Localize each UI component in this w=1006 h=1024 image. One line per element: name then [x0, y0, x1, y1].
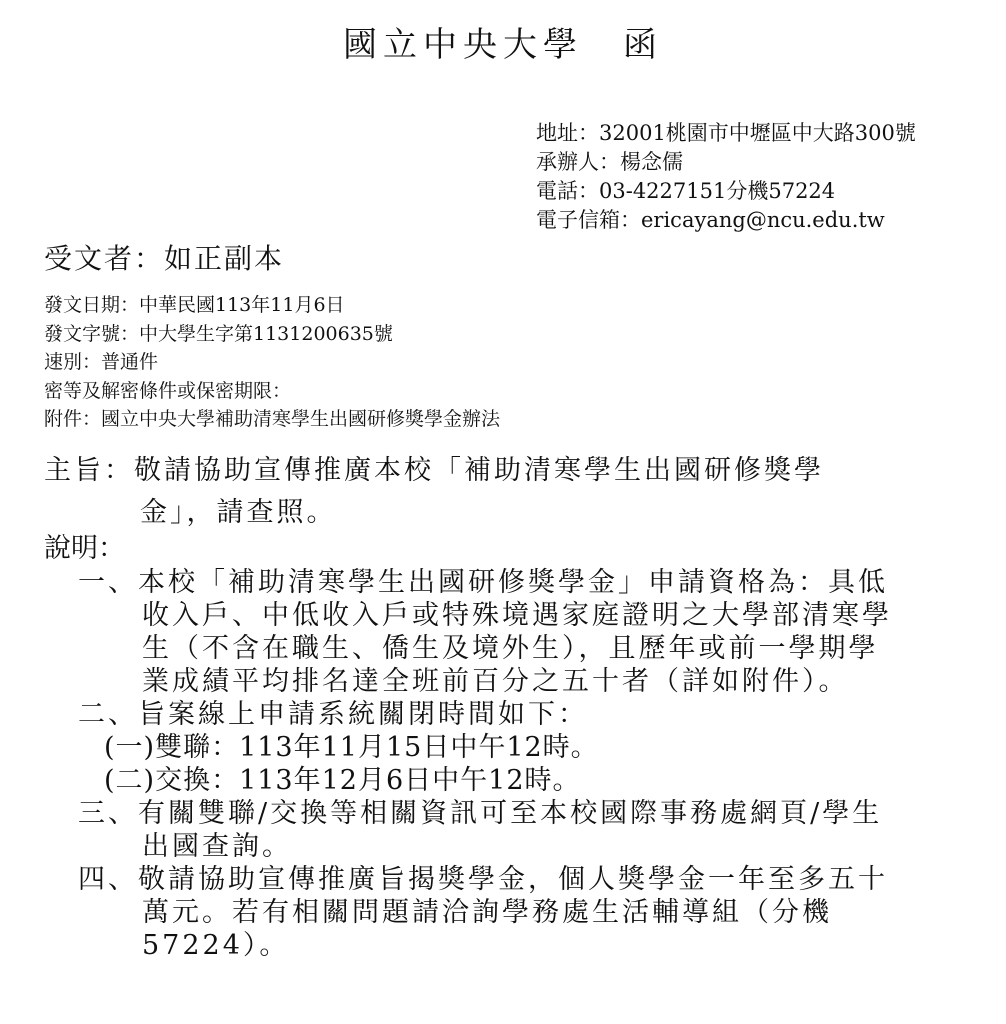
org-name: 國立中央大學: [343, 25, 583, 65]
contact-email: 電子信箱：ericayang@ncu.edu.tw: [536, 206, 916, 235]
item-1-line-4: 業成績平均排名達全班前百分之五十者（詳如附件）。: [78, 665, 892, 698]
subject-line-1: 主旨：敬請協助宣傳推廣本校「補助清寒學生出國研修獎學: [44, 450, 824, 492]
explanation-item-2: 二、旨案線上申請系統關閉時間如下： (一)雙聯：113年11月15日中午12時。…: [78, 698, 892, 797]
contact-address: 地址：32001桃園市中壢區中大路300號: [536, 119, 916, 148]
document-title: 國立中央大學函: [0, 20, 1006, 70]
item-3-line-1: 三、有關雙聯/交換等相關資訊可至本校國際事務處網頁/學生: [78, 797, 892, 830]
explanation-item-1: 一、本校「補助清寒學生出國研修獎學金」申請資格為：具低 收入戶、中低收入戶或特殊…: [78, 566, 892, 698]
meta-block: 發文日期：中華民國113年11月6日 發文字號：中大學生字第1131200635…: [44, 291, 500, 434]
subject-block: 主旨：敬請協助宣傳推廣本校「補助清寒學生出國研修獎學 金」，請查照。: [44, 450, 824, 534]
item-1-line-1: 一、本校「補助清寒學生出國研修獎學金」申請資格為：具低: [78, 566, 892, 599]
item-4-line-3: 57224）。: [78, 929, 892, 962]
attachment: 附件：國立中央大學補助清寒學生出國研修獎學金辦法: [44, 405, 500, 434]
contact-handler: 承辦人：楊念儒: [536, 148, 916, 177]
issue-date: 發文日期：中華民國113年11月6日: [44, 291, 500, 320]
explanation-items: 一、本校「補助清寒學生出國研修獎學金」申請資格為：具低 收入戶、中低收入戶或特殊…: [78, 566, 892, 962]
item-2-line-1: 二、旨案線上申請系統關閉時間如下：: [78, 698, 892, 731]
classification: 密等及解密條件或保密期限：: [44, 377, 500, 406]
contact-phone: 電話：03-4227151分機57224: [536, 177, 916, 206]
doc-type: 函: [623, 25, 663, 65]
explanation-item-4: 四、敬請協助宣傳推廣旨揭獎學金，個人獎學金一年至多五十 萬元。若有相關問題請洽詢…: [78, 863, 892, 962]
contact-block: 地址：32001桃園市中壢區中大路300號 承辦人：楊念儒 電話：03-4227…: [536, 119, 916, 235]
doc-number: 發文字號：中大學生字第1131200635號: [44, 320, 500, 349]
item-1-line-3: 生（不含在職生、僑生及境外生），且歷年或前一學期學: [78, 632, 892, 665]
explanation-item-3: 三、有關雙聯/交換等相關資訊可至本校國際事務處網頁/學生 出國查詢。: [78, 797, 892, 863]
subject-line-2: 金」，請查照。: [44, 492, 824, 534]
item-4-line-2: 萬元。若有相關問題請洽詢學務處生活輔導組（分機: [78, 896, 892, 929]
item-2-subitem-2: (二)交換：113年12月6日中午12時。: [78, 764, 892, 797]
speed-class: 速別：普通件: [44, 348, 500, 377]
explanation-label: 說明：: [44, 529, 125, 569]
item-1-line-2: 收入戶、中低收入戶或特殊境遇家庭證明之大學部清寒學: [78, 599, 892, 632]
item-3-line-2: 出國查詢。: [78, 830, 892, 863]
item-2-subitem-1: (一)雙聯：113年11月15日中午12時。: [78, 731, 892, 764]
item-4-line-1: 四、敬請協助宣傳推廣旨揭獎學金，個人獎學金一年至多五十: [78, 863, 892, 896]
recipient: 受文者：如正副本: [44, 238, 284, 280]
